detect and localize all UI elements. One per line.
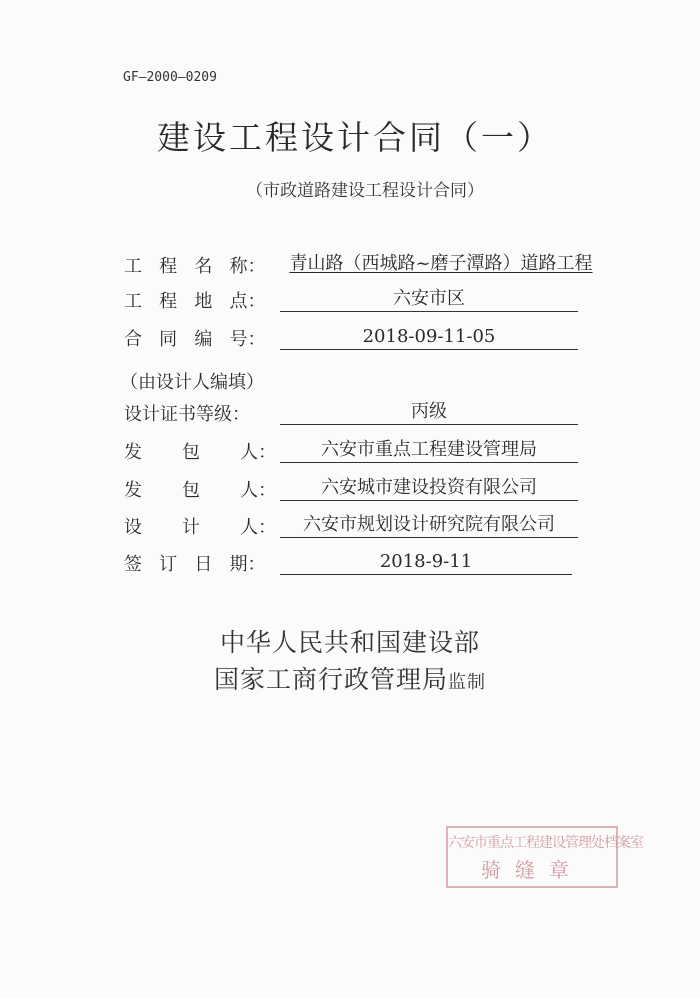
field-contract-number: 合 同 编 号： 2018-09-11-05 bbox=[124, 325, 584, 353]
field-label: 发 包 人： bbox=[124, 438, 276, 464]
field-designer: 设 计 人： 六安市规划设计研究院有限公司 bbox=[124, 513, 584, 541]
field-project-location: 工 程 地 点： 六安市区 bbox=[124, 287, 584, 315]
field-label: 设计证书等级： bbox=[124, 400, 250, 426]
field-value: 青山路（西城路~磨子潭路）道路工程 bbox=[286, 252, 596, 276]
issuer-line-1: 中华人民共和国建设部 bbox=[0, 623, 700, 659]
field-value: 六安市区 bbox=[280, 287, 578, 312]
field-employer-1: 发 包 人： 六安市重点工程建设管理局 bbox=[124, 438, 584, 466]
form-code: GF—2000—0209 bbox=[123, 70, 217, 85]
seam-seal-stamp: 六安市重点工程建设管理处档案室 骑缝章 bbox=[446, 826, 618, 888]
field-value: 六安城市建设投资有限公司 bbox=[280, 476, 578, 501]
field-label: 工 程 名 称： bbox=[124, 252, 272, 278]
field-employer-2: 发 包 人： 六安城市建设投资有限公司 bbox=[124, 476, 584, 504]
stamp-label: 骑缝章 bbox=[448, 854, 616, 883]
field-value: 六安市规划设计研究院有限公司 bbox=[280, 513, 578, 538]
field-label: 合 同 编 号： bbox=[124, 325, 266, 351]
field-value: 六安市重点工程建设管理局 bbox=[280, 438, 578, 463]
field-label: 工 程 地 点： bbox=[124, 287, 266, 313]
document-subtitle: （市政道路建设工程设计合同） bbox=[0, 176, 700, 201]
field-signing-date: 签 订 日 期： 2018-9-11 bbox=[124, 550, 584, 578]
field-value: 丙级 bbox=[280, 400, 578, 425]
field-label: 发 包 人： bbox=[124, 476, 276, 502]
issuer-line-2: 国家工商行政管理局监制 bbox=[0, 660, 700, 696]
field-certificate-grade: 设计证书等级： 丙级 bbox=[124, 400, 584, 428]
field-value: 2018-09-11-05 bbox=[280, 325, 578, 350]
stamp-org: 六安市重点工程建设管理处档案室 bbox=[448, 832, 616, 852]
field-project-name: 工 程 名 称： 青山路（西城路~磨子潭路）道路工程 bbox=[124, 252, 584, 280]
field-note: （由设计人编填） bbox=[120, 368, 264, 394]
field-value: 2018-9-11 bbox=[280, 550, 572, 575]
field-label: 设 计 人： bbox=[124, 513, 276, 539]
field-label: 签 订 日 期： bbox=[124, 550, 266, 576]
document-title: 建设工程设计合同（一） bbox=[0, 112, 700, 159]
issuer-suffix: 监制 bbox=[448, 672, 486, 693]
issuer-name: 国家工商行政管理局 bbox=[214, 665, 448, 694]
